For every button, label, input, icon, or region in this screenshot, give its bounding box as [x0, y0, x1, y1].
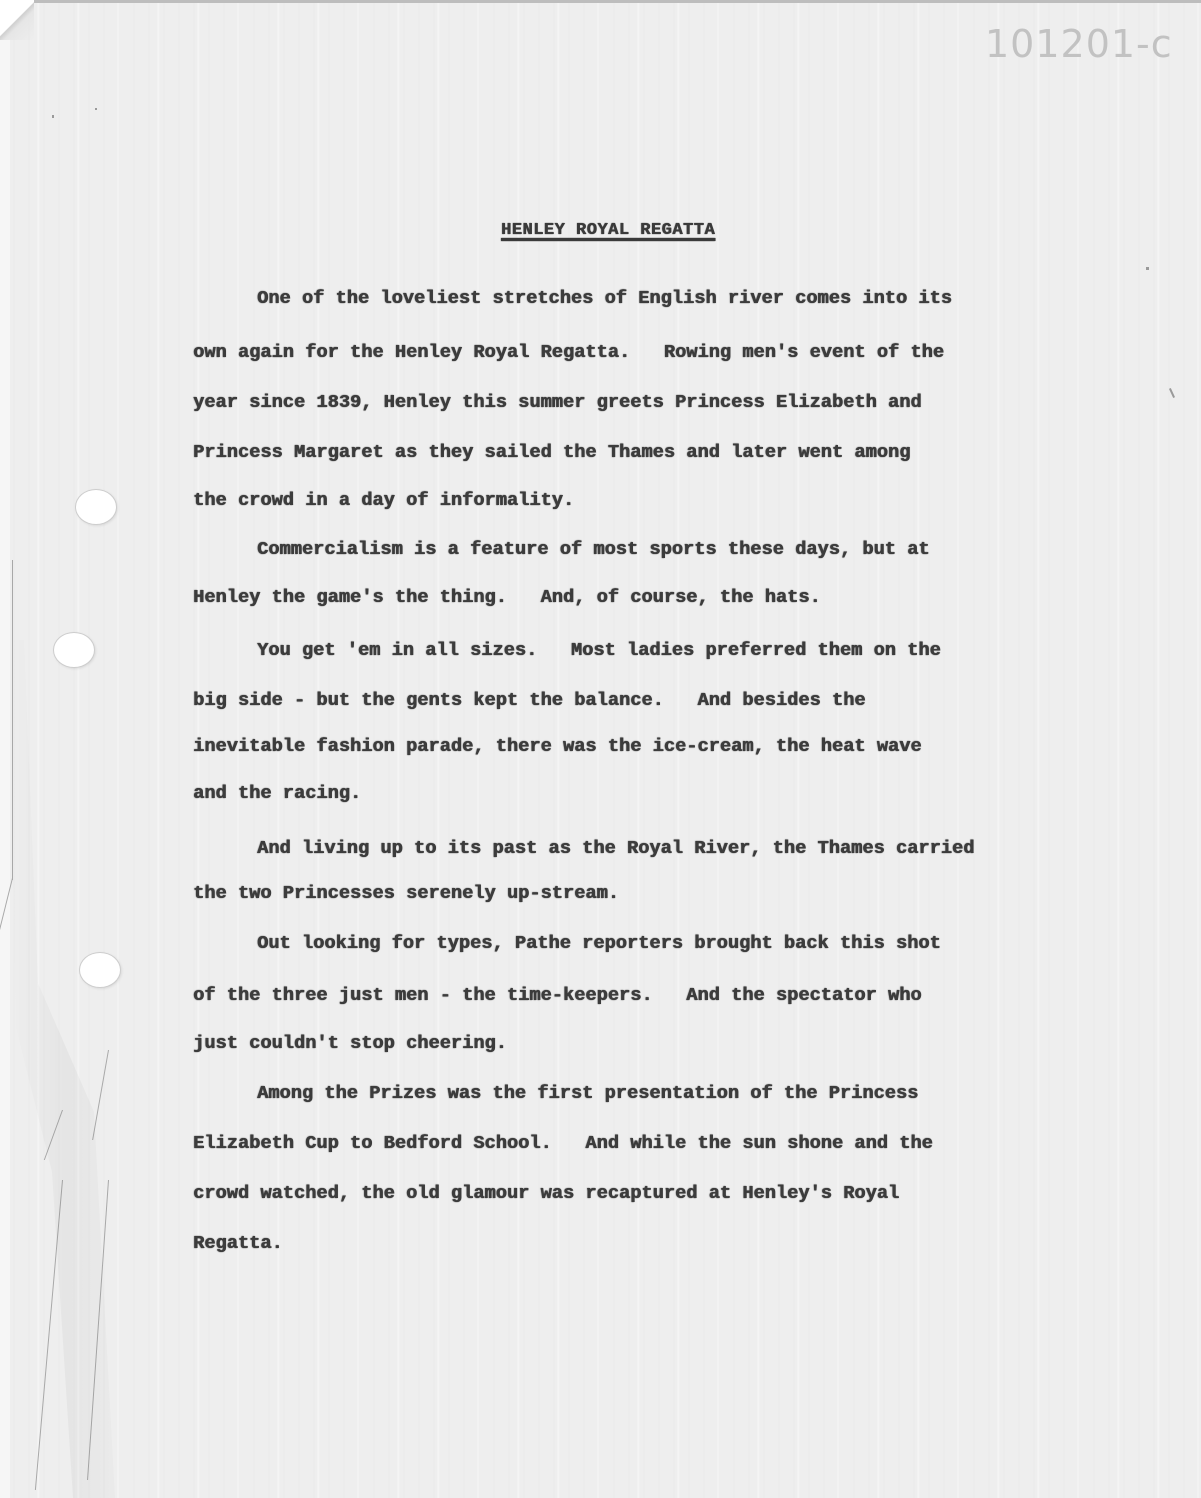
- scan-margin: [0, 0, 10, 1498]
- text-line: Elizabeth Cup to Bedford School. And whi…: [193, 1133, 933, 1154]
- ink-speck: [1169, 388, 1175, 398]
- text-line: Henley the game's the thing. And, of cou…: [193, 587, 821, 608]
- text-line: the crowd in a day of informality.: [193, 490, 574, 511]
- text-line: crowd watched, the old glamour was recap…: [193, 1183, 899, 1204]
- scanned-page: 101201-c HENLEY ROYAL REGATTA One of the…: [0, 0, 1201, 1498]
- text-line: One of the loveliest stretches of Englis…: [257, 288, 952, 309]
- text-line: Out looking for types, Pathe reporters b…: [257, 933, 941, 954]
- text-line: and the racing.: [193, 783, 361, 804]
- ink-speck: [1146, 267, 1149, 270]
- text-line: Among the Prizes was the first presentat…: [257, 1083, 918, 1104]
- document-title: HENLEY ROYAL REGATTA: [501, 221, 715, 240]
- handwritten-reference-number: 101201-c: [985, 22, 1185, 62]
- text-line: of the three just men - the time-keepers…: [193, 985, 922, 1006]
- text-line: Commercialism is a feature of most sport…: [257, 539, 929, 560]
- punch-hole-top: [76, 490, 116, 524]
- text-line: own again for the Henley Royal Regatta. …: [193, 342, 944, 363]
- punch-hole-bottom: [80, 953, 120, 987]
- text-line: inevitable fashion parade, there was the…: [193, 736, 922, 757]
- text-line: You get 'em in all sizes. Most ladies pr…: [257, 640, 941, 661]
- text-line: Princess Margaret as they sailed the Tha…: [193, 442, 910, 463]
- page-top-edge: [0, 0, 1201, 3]
- text-line: Regatta.: [193, 1233, 283, 1254]
- torn-paper-shadow: [10, 640, 150, 1498]
- ink-speck: [52, 115, 54, 118]
- folded-corner: [0, 0, 34, 40]
- text-line: big side - but the gents kept the balanc…: [193, 690, 865, 711]
- punch-hole-middle: [54, 633, 94, 667]
- text-line: just couldn't stop cheering.: [193, 1033, 507, 1054]
- text-line: the two Princesses serenely up-stream.: [193, 883, 619, 904]
- ink-speck: [95, 108, 97, 110]
- text-line: And living up to its past as the Royal R…: [257, 838, 974, 859]
- text-line: year since 1839, Henley this summer gree…: [193, 392, 922, 413]
